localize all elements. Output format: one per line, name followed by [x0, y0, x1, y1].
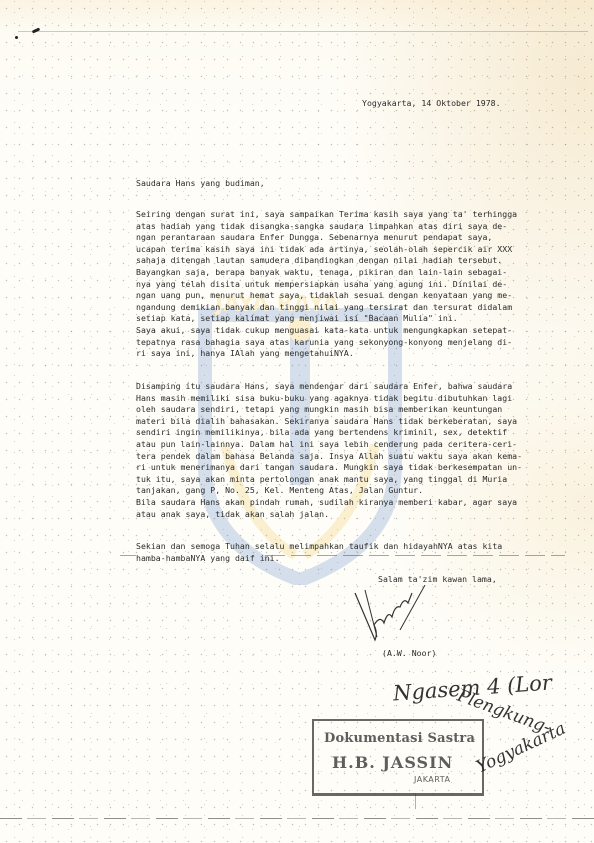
dash-line-right	[265, 555, 565, 556]
ink-dot	[15, 36, 18, 39]
ink-blot	[32, 27, 41, 33]
stamp-line-3: JAKARTA	[414, 775, 450, 784]
signatory-name: (A.W. Noor)	[382, 648, 436, 660]
salutation: Saudara Hans yang budiman,	[136, 178, 265, 190]
place-date: Yogyakarta, 14 Oktober 1978.	[362, 98, 501, 110]
closing-phrase: Salam ta'zim kawan lama,	[378, 574, 497, 586]
paragraph-2: Disamping itu saudara Hans, saya mendeng…	[136, 381, 522, 520]
signature-icon	[350, 585, 430, 645]
letter-page: JAYA RAYA Yogyakarta, 14 Oktober 1978. S…	[0, 0, 594, 843]
bottom-fold-line	[0, 818, 594, 819]
paragraph-3: Sekian dan semoga Tuhan selalu melimpahk…	[136, 541, 502, 564]
stamp-line-1: Dokumentasi Sastra	[324, 731, 475, 746]
archive-stamp: Dokumentasi Sastra H.B. JASSIN JAKARTA	[312, 719, 484, 796]
top-fold-line	[18, 31, 588, 32]
dash-line-left	[120, 555, 136, 556]
paragraph-1: Seiring dengan surat ini, saya sampaikan…	[136, 209, 517, 360]
stamp-line-2: H.B. JASSIN	[332, 753, 453, 772]
stamp-tick-mark	[415, 793, 416, 809]
